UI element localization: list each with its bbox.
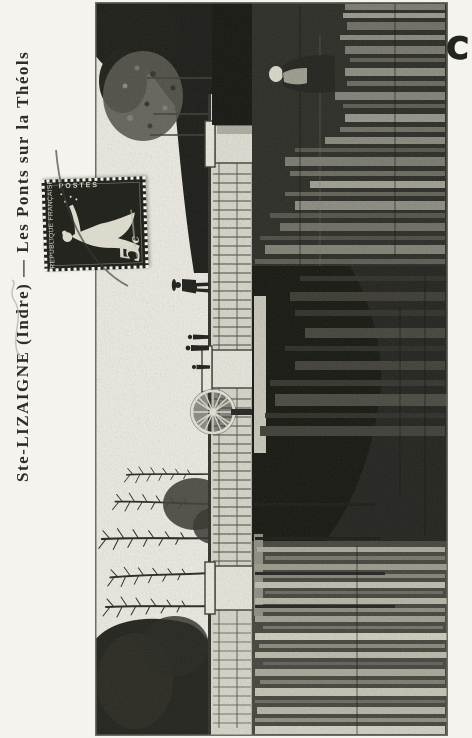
postcard-photo <box>95 2 448 736</box>
stamp-denomination: 5c <box>117 236 144 262</box>
postage-stamp: REPUBLIQUE FRANÇAISE POSTES 5c <box>41 176 148 272</box>
grain-overlay-light <box>95 2 448 736</box>
postcard-title: Ste-LIZAIGNE (Indre) — Les Ponts sur la … <box>13 51 33 482</box>
handwritten-ink-mark: C <box>446 31 469 67</box>
postcard-scan: Ste-LIZAIGNE (Indre) — Les Ponts sur la … <box>0 0 472 738</box>
postcard: Ste-LIZAIGNE (Indre) — Les Ponts sur la … <box>0 0 472 738</box>
stamp-service-label: POSTES <box>59 182 100 190</box>
